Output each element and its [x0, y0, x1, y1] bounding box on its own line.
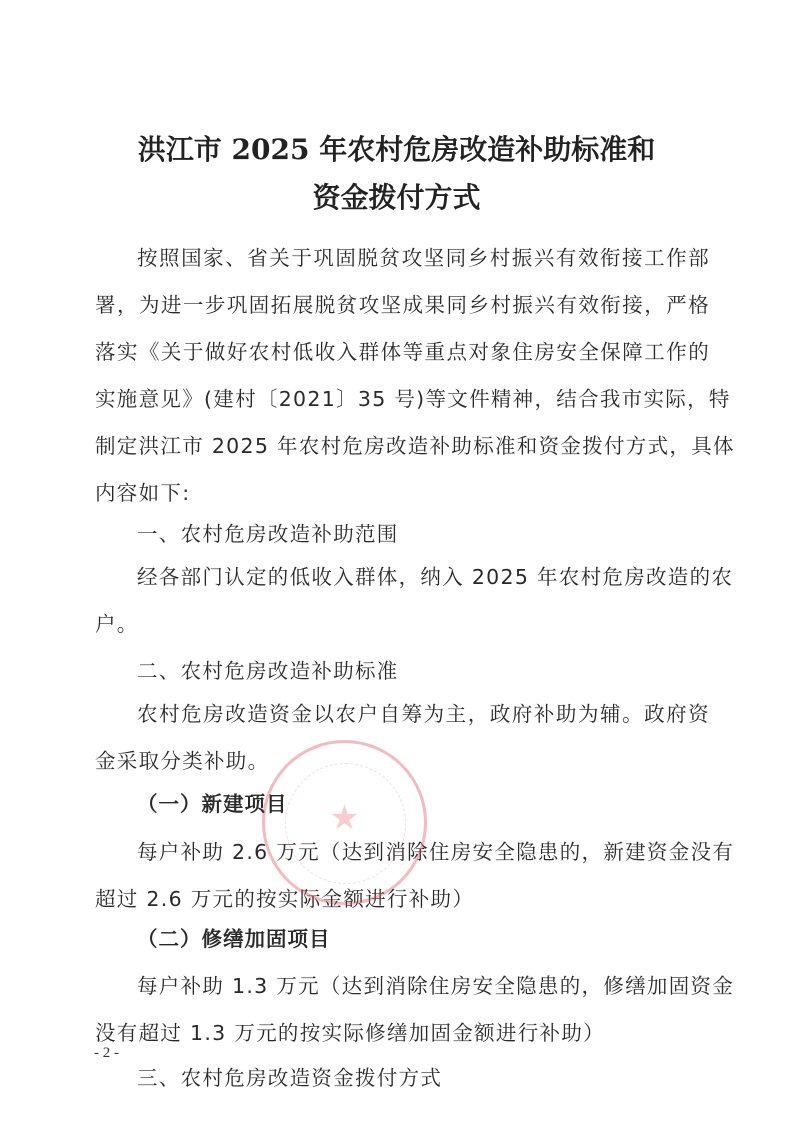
section-2-heading: 二、农村危房改造补助标准 — [137, 657, 710, 685]
section-3-heading: 三、农村危房改造资金拨付方式 — [137, 1064, 710, 1092]
intro-line-1: 按照国家、省关于巩固脱贫攻坚同乡村振兴有效衔接工作部 — [137, 244, 710, 272]
page-number: - 2 - — [94, 1045, 119, 1062]
document-title-line-2: 资金拨付方式 — [0, 176, 793, 216]
section-1-body-line-1: 经各部门认定的低收入群体，纳入 2025 年农村危房改造的农 — [137, 563, 710, 591]
subsection-2-body-line-1: 每户补助 1.3 万元（达到消除住房安全隐患的，修缮加固资金 — [137, 972, 710, 1000]
intro-line-5: 制定洪江市 2025 年农村危房改造补助标准和资金拨付方式，具体 — [95, 432, 710, 460]
subsection-2-heading: （二）修缮加固项目 — [137, 925, 710, 953]
subsection-1-heading: （一）新建项目 — [137, 790, 710, 818]
subsection-2-body-line-2: 没有超过 1.3 万元的按实际修缮加固金额进行补助） — [95, 1019, 710, 1047]
document-page: 洪江市 2025 年农村危房改造补助标准和 资金拨付方式 按照国家、省关于巩固脱… — [0, 0, 793, 1122]
intro-line-3: 落实《关于做好农村低收入群体等重点对象住房安全保障工作的 — [95, 338, 710, 366]
intro-line-6: 内容如下: — [95, 479, 710, 507]
section-2-body-line-1: 农村危房改造资金以农户自筹为主，政府补助为辅。政府资 — [137, 700, 710, 728]
section-1-body-line-2: 户。 — [95, 610, 710, 638]
intro-line-2: 署，为进一步巩固拓展脱贫攻坚成果同乡村振兴有效衔接，严格 — [95, 291, 710, 319]
subsection-1-body-line-1: 每户补助 2.6 万元（达到消除住房安全隐患的，新建资金没有 — [137, 838, 710, 866]
document-title-line-1: 洪江市 2025 年农村危房改造补助标准和 — [0, 128, 793, 168]
section-2-body-line-2: 金采取分类补助。 — [95, 747, 710, 775]
subsection-1-body-line-2: 超过 2.6 万元的按实际金额进行补助） — [95, 885, 710, 913]
section-1-heading: 一、农村危房改造补助范围 — [137, 520, 710, 548]
intro-line-4: 实施意见》(建村〔2021〕35 号)等文件精神，结合我市实际，特 — [95, 385, 710, 413]
